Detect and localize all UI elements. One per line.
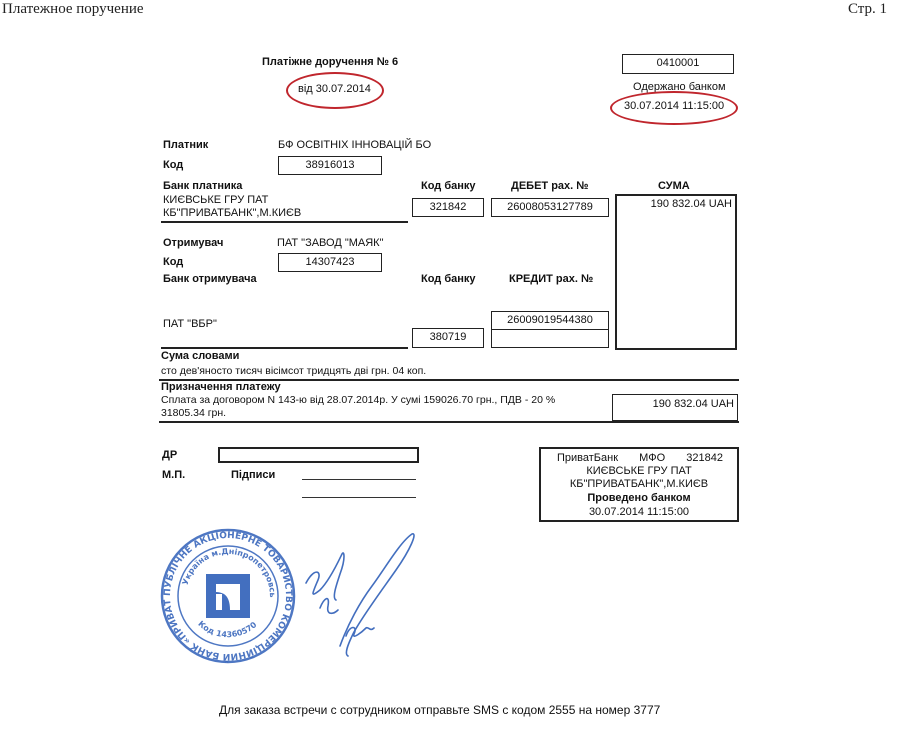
payer-label: Платник — [163, 139, 208, 151]
bank-stamp-processed-label: Проведено банком — [541, 491, 737, 506]
dr-label: ДР — [162, 449, 177, 461]
order-title: Платіжне доручення № 6 — [262, 56, 398, 68]
bank-stamp-mfo-label: МФО — [639, 451, 665, 465]
signatures-label: Підписи — [231, 469, 275, 481]
signature-line-1 — [302, 479, 416, 480]
highlight-oval-received — [610, 91, 738, 125]
purpose-amount: 190 832.04 UAH — [653, 398, 734, 410]
bank-stamp-processed-datetime: 30.07.2014 11:15:00 — [541, 506, 737, 519]
purpose-divider — [159, 421, 739, 423]
credit-account-box: 26009019544380 — [491, 311, 609, 330]
payer-bank-name-line2: КБ"ПРИВАТБАНК",М.КИЄВ — [163, 207, 301, 219]
seal-label: М.П. — [162, 469, 185, 481]
highlight-oval-date — [286, 72, 384, 109]
recipient-bank-code-label: Код банку — [421, 273, 476, 285]
recipient-bank-name: ПАТ "ВБР" — [163, 318, 217, 330]
purpose-label: Призначення платежу — [161, 381, 281, 393]
purpose-amount-box: 190 832.04 UAH — [612, 394, 738, 421]
signature-icon — [300, 528, 420, 668]
credit-extra-box — [491, 329, 609, 348]
bank-stamp-mfo: 321842 — [686, 451, 723, 465]
bank-stamp-box: ПриватБанк МФО 321842 КИЄВСЬКЕ ГРУ ПАТ К… — [539, 447, 739, 522]
purpose-line1: Сплата за договором N 143-ю від 28.07.20… — [161, 394, 555, 406]
amount-label: СУМА — [658, 180, 690, 192]
recipient-bank-code-box: 380719 — [412, 328, 484, 348]
payer-bank-underline — [161, 221, 408, 223]
svg-text:Код 14360570: Код 14360570 — [196, 619, 259, 639]
bank-seal: ПУБЛІЧНЕ АКЦІОНЕРНЕ ТОВАРИСТВО КОМЕРЦІЙН… — [160, 528, 296, 664]
debit-label: ДЕБЕТ рах. № — [511, 180, 589, 192]
bank-stamp-bank: ПриватБанк — [557, 451, 618, 465]
payer-code-box: 38916013 — [278, 156, 382, 175]
recipient-bank-label: Банк отримувача — [163, 273, 257, 285]
bank-stamp-header: ПриватБанк МФО 321842 — [541, 451, 737, 465]
payer-name: БФ ОСВІТНІХ ІННОВАЦІЙ БО — [278, 139, 431, 151]
payer-bank-code-label: Код банку — [421, 180, 476, 192]
purpose-line2: 31805.34 грн. — [161, 407, 226, 419]
payer-bank-label: Банк платника — [163, 180, 242, 192]
handwritten-signature — [300, 528, 420, 668]
form-code-box: 0410001 — [622, 54, 734, 74]
page-number: Стр. 1 — [848, 1, 887, 18]
recipient-name: ПАТ "ЗАВОД "МАЯК" — [277, 237, 384, 249]
document-title: Платежное поручение — [2, 1, 144, 18]
bank-stamp-line1: КИЄВСЬКЕ ГРУ ПАТ — [541, 465, 737, 478]
amount-box: 190 832.04 UAH — [615, 194, 737, 350]
seal-icon: ПУБЛІЧНЕ АКЦІОНЕРНЕ ТОВАРИСТВО КОМЕРЦІЙН… — [160, 528, 296, 664]
signature-line-2 — [302, 497, 416, 498]
payer-bank-code-box: 321842 — [412, 198, 484, 217]
bank-stamp-line2: КБ"ПРИВАТБАНК",М.КИЄВ — [541, 478, 737, 491]
credit-label: КРЕДИТ рах. № — [509, 273, 593, 285]
dr-field — [218, 447, 419, 463]
recipient-label: Отримувач — [163, 237, 223, 249]
amount-words-label: Сума словами — [161, 350, 239, 362]
payer-bank-name-line1: КИЄВСЬКЕ ГРУ ПАТ — [163, 194, 268, 206]
payer-code-label: Код — [163, 159, 183, 171]
amount-value: 190 832.04 UAH — [651, 198, 732, 210]
recipient-code-box: 14307423 — [278, 253, 382, 272]
recipient-bank-underline — [161, 347, 408, 349]
footer-sms-note: Для заказа встречи с сотрудником отправь… — [219, 703, 660, 717]
recipient-code-label: Код — [163, 256, 183, 268]
debit-account-box: 26008053127789 — [491, 198, 609, 217]
amount-words-text: сто дев'яносто тисяч вісімсот тридцять д… — [161, 365, 426, 377]
